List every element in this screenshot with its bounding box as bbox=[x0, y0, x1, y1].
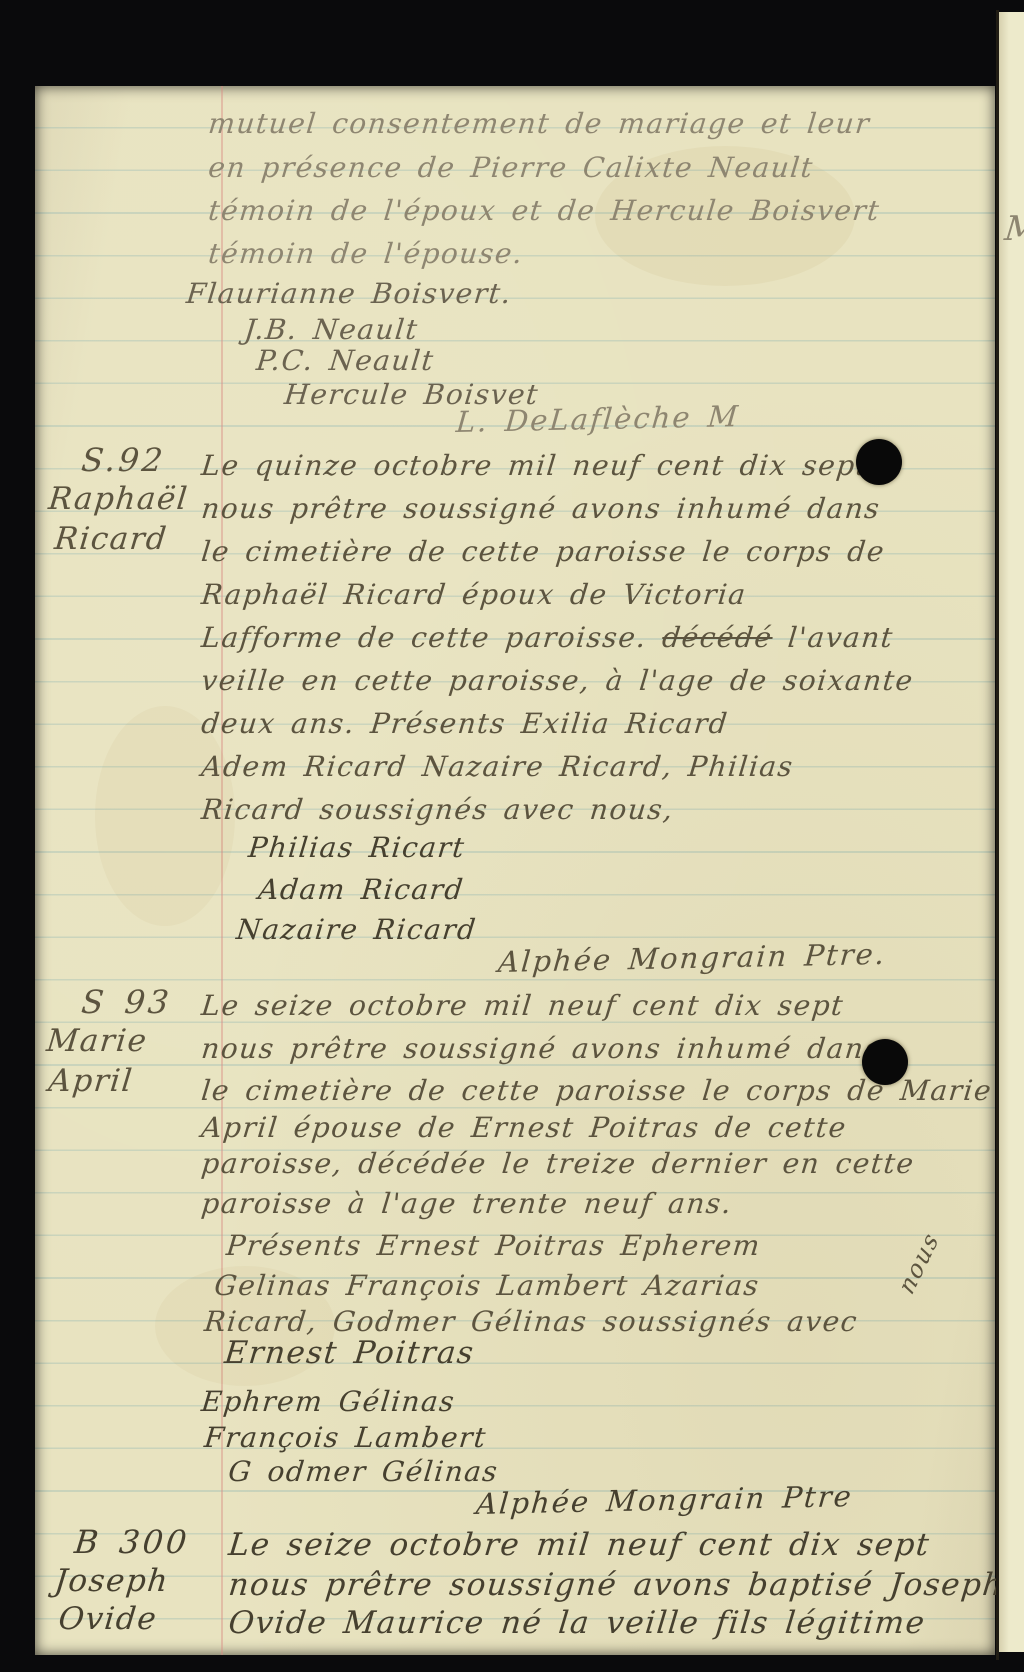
entry-body-line: deux ans. Présents Exilia Ricard bbox=[200, 710, 730, 738]
witness-signature: Philias Ricart bbox=[247, 834, 467, 862]
continuation-line: mutuel consentement de mariage et leur bbox=[207, 110, 872, 138]
entry-body-line: Ricard, Godmer Gélinas soussignés avec bbox=[203, 1308, 859, 1336]
entry-body-line: veille en cette paroisse, à l'age de soi… bbox=[200, 667, 915, 695]
witness-signature: Adam Ricard bbox=[257, 876, 465, 904]
witness-signature: Nazaire Ricard bbox=[235, 916, 478, 944]
entry-body-line: paroisse, décédée le treize dernier en c… bbox=[200, 1150, 916, 1178]
entry-body-line: Présents Ernest Poitras Epherem bbox=[225, 1232, 762, 1260]
red-margin-rule bbox=[221, 86, 223, 1655]
punch-hole bbox=[856, 439, 902, 485]
entry-body-line: Adem Ricard Nazaire Ricard, Philias bbox=[200, 753, 795, 781]
register-scan: { "document": { "kind": "parish-register… bbox=[0, 0, 1024, 1672]
witness-signature: G odmer Gélinas bbox=[227, 1458, 500, 1486]
entry-body-line: Le seize octobre mil neuf cent dix sept bbox=[227, 1530, 932, 1561]
entry-body-line: Le seize octobre mil neuf cent dix sept bbox=[200, 992, 845, 1020]
entry-body-line: April épouse de Ernest Poitras de cette bbox=[200, 1114, 848, 1142]
witness-signature: P.C. Neault bbox=[255, 347, 436, 375]
witness-signature: François Lambert bbox=[203, 1424, 488, 1452]
entry-body-line: paroisse à l'age trente neuf ans. bbox=[200, 1190, 734, 1218]
entry-name: April bbox=[47, 1066, 135, 1097]
continuation-line: témoin de l'épouse. bbox=[207, 240, 525, 268]
struck-word: décédé bbox=[661, 621, 775, 654]
adjacent-page-sliver: M bbox=[999, 12, 1024, 1652]
entry-name: Ovide bbox=[57, 1604, 159, 1635]
entry-name: Marie bbox=[45, 1026, 149, 1057]
entry-body-line: Le quinze octobre mil neuf cent dix sept bbox=[200, 452, 870, 480]
entry-name: Ricard bbox=[53, 524, 169, 555]
continuation-line: témoin de l'époux et de Hercule Boisvert bbox=[207, 197, 882, 225]
officiant-signature: L. DeLaflèche M bbox=[455, 402, 741, 437]
entry-body-line: Ovide Maurice né la veille fils légitime bbox=[227, 1608, 927, 1639]
body-text: Lafforme de cette paroisse. bbox=[200, 621, 664, 654]
continuation-line: en présence de Pierre Calixte Neault bbox=[207, 154, 815, 182]
body-text: l'avant bbox=[771, 621, 896, 654]
entry-body-line: le cimetière de cette paroisse le corps … bbox=[200, 538, 886, 566]
witness-signature: J.B. Neault bbox=[243, 316, 420, 344]
entry-body-line: nous prêtre soussigné avons baptisé Jose… bbox=[227, 1570, 1006, 1601]
entry-ref: S.92 bbox=[80, 444, 167, 476]
punch-hole bbox=[862, 1039, 908, 1085]
witness-signature: Flaurianne Boisvert. bbox=[185, 280, 513, 308]
entry-body-overflow-word: nous bbox=[895, 1228, 943, 1298]
entry-body-line: Ricard soussignés avec nous, bbox=[200, 796, 675, 824]
entry-body-line: Raphaël Ricard époux de Victoria bbox=[200, 581, 748, 609]
entry-body-line: Gelinas François Lambert Azarias bbox=[213, 1272, 761, 1300]
entry-name: Joseph bbox=[53, 1566, 170, 1597]
officiant-signature: Alphée Mongrain Ptre. bbox=[497, 940, 887, 977]
entry-body-line: nous prêtre soussigné avons inhumé dans bbox=[200, 495, 882, 523]
adjacent-page-partial-text: M bbox=[1003, 212, 1024, 246]
entry-name: Raphaël bbox=[47, 484, 190, 515]
officiant-signature: Alphée Mongrain Ptre bbox=[475, 1482, 854, 1519]
witness-signature: Ernest Poitras bbox=[223, 1338, 476, 1369]
entry-body-line: nous prêtre soussigné avons inhumé dans bbox=[200, 1035, 882, 1063]
entry-ref: S 93 bbox=[80, 986, 173, 1018]
entry-ref: B 300 bbox=[73, 1526, 191, 1558]
witness-signature: Ephrem Gélinas bbox=[200, 1388, 457, 1416]
register-page: mutuel consentement de mariage et leur e… bbox=[35, 86, 995, 1655]
entry-body-line: Lafforme de cette paroisse. décédé l'ava… bbox=[200, 624, 895, 652]
